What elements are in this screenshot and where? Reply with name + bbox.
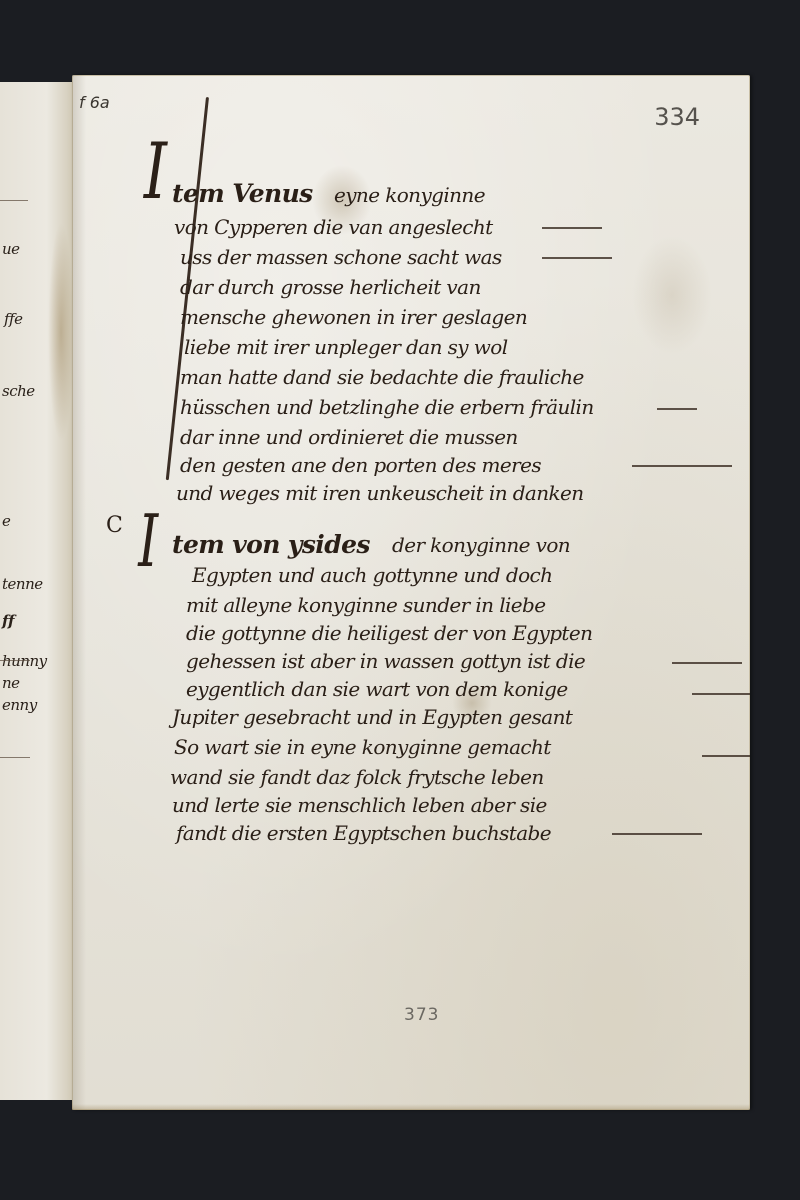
text-line: mit alleyne konyginne sunder in liebe xyxy=(186,593,545,617)
line-flourish xyxy=(542,257,612,259)
line-flourish xyxy=(612,833,702,835)
line-flourish xyxy=(672,662,742,664)
line-flourish xyxy=(657,408,697,410)
ruled-line xyxy=(0,757,30,758)
text-line: liebe mit irer unpleger dan sy wol xyxy=(184,335,508,359)
text-line: und lerte sie menschlich leben aber sie xyxy=(172,793,547,817)
text-line: So wart sie in eyne konyginne gemacht xyxy=(174,735,551,759)
line-flourish xyxy=(632,465,732,467)
entry-heading: tem Venus xyxy=(172,179,313,208)
text-line: eygentlich dan sie wart von dem konige xyxy=(186,677,568,701)
folio-number-bottom: 373 xyxy=(404,1005,439,1025)
initial-letter: I xyxy=(144,133,167,211)
facing-text-fragment: ue xyxy=(2,240,20,258)
facing-text-fragment: ff xyxy=(2,612,14,630)
folio-number-top-right: 334 xyxy=(654,103,700,131)
paper-stain xyxy=(632,235,712,355)
ruled-line xyxy=(0,660,30,661)
text-line: die gottynne die heiligest der von Egypt… xyxy=(186,621,592,645)
text-line: von Cypperen die van angeslecht xyxy=(174,215,493,239)
text-line: mensche ghewonen in irer geslagen xyxy=(180,305,527,329)
line-flourish xyxy=(692,693,750,695)
manuscript-viewer: ue ffe sche e tenne ff hunny ne enny f 6… xyxy=(0,0,800,1200)
text-line: dar durch grosse herlicheit van xyxy=(180,275,481,299)
text-line: fandt die ersten Egyptschen buchstabe xyxy=(176,821,551,845)
text-line: und weges mit iren unkeuscheit in danken xyxy=(176,481,584,505)
facing-text-fragment: ne xyxy=(2,674,20,692)
text-line: den gesten ane den porten des meres xyxy=(180,453,541,477)
facing-text-fragment: enny xyxy=(2,696,37,714)
facing-page: ue ffe sche e tenne ff hunny ne enny xyxy=(0,82,78,1100)
entry-heading: tem von ysides xyxy=(172,530,370,559)
initial-letter: I xyxy=(138,505,158,577)
page-bottom-edge xyxy=(72,1104,750,1110)
page-edge-shadow xyxy=(72,75,86,1110)
line-flourish xyxy=(702,755,750,757)
text-line: Jupiter gesebracht und in Egypten gesant xyxy=(172,705,572,729)
text-line: der konyginne von xyxy=(392,533,570,557)
text-line: gehessen ist aber in wassen gottyn ist d… xyxy=(186,649,585,673)
facing-text-fragment: hunny xyxy=(2,652,47,670)
facing-text-fragment: sche xyxy=(2,382,35,400)
facing-text-fragment: ffe xyxy=(4,310,22,328)
text-line: wand sie fandt daz folck frytsche leben xyxy=(170,765,544,789)
text-line: Egypten und auch gottynne und doch xyxy=(192,563,552,587)
text-line: uss der massen schone sacht was xyxy=(180,245,502,269)
gutter-stain xyxy=(48,222,74,442)
text-line: man hatte dand sie bedachte die fraulich… xyxy=(180,365,584,389)
manuscript-page: f 6a 334 373 I tem Venus eyne konyginne … xyxy=(72,75,750,1110)
ruled-line xyxy=(0,200,28,201)
folio-mark-top-left: f 6a xyxy=(79,93,110,112)
facing-text-fragment: e xyxy=(2,512,10,530)
facing-text-fragment: tenne xyxy=(2,575,43,593)
text-line: eyne konyginne xyxy=(334,183,485,207)
margin-paragraph-mark: C xyxy=(106,513,123,538)
line-flourish xyxy=(542,227,602,229)
text-line: hüsschen und betzlinghe die erbern fräul… xyxy=(180,395,594,419)
text-line: dar inne und ordinieret die mussen xyxy=(180,425,518,449)
